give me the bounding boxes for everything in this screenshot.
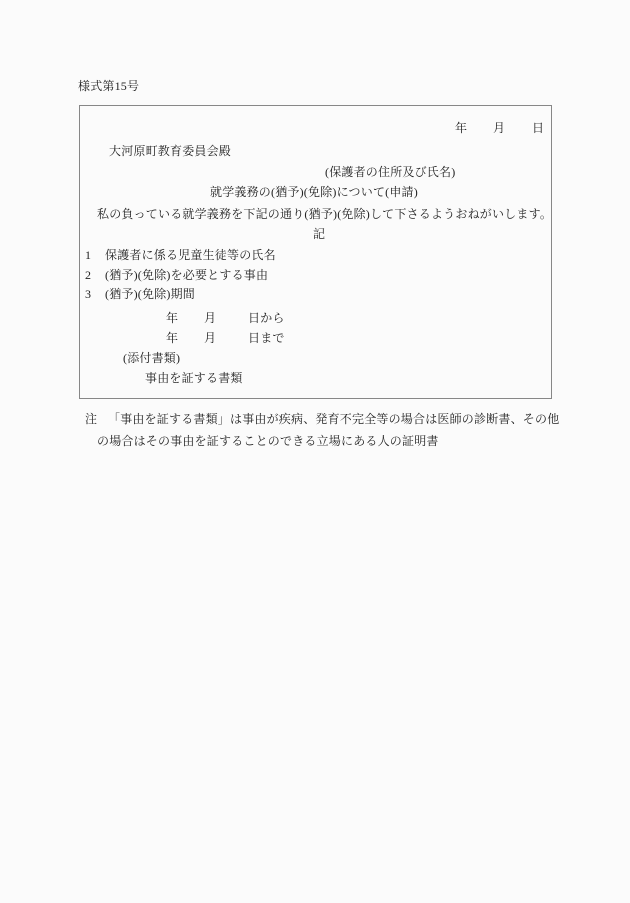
form-number: 様式第15号 xyxy=(78,79,139,94)
period-to-month-label: 月 xyxy=(204,331,216,346)
note-line-1: 「事由を証する書類」は事由が疾病、発育不完全等の場合は医師の診断書、その他 xyxy=(108,412,559,427)
attachments-heading: (添付書類) xyxy=(123,351,180,366)
application-form-box: 年 月 日 大河原町教育委員会殿 (保護者の住所及び氏名) 就学義務の(猶予)(… xyxy=(79,105,552,399)
form-title: 就学義務の(猶予)(免除)について(申請) xyxy=(210,185,418,200)
addressee: 大河原町教育委員会殿 xyxy=(109,144,231,159)
period-to-year-label: 年 xyxy=(166,331,178,346)
request-sentence: 私の負っている就学義務を下記の通り(猶予)(免除)して下さるようおねがいします。 xyxy=(97,207,552,222)
note-line-2: の場合はその事由を証することのできる立場にある人の証明書 xyxy=(97,434,439,449)
list-item-2-label: (猶予)(免除)を必要とする事由 xyxy=(105,268,268,283)
period-from-year-label: 年 xyxy=(166,311,178,326)
period-from-day-label: 日から xyxy=(248,311,285,326)
record-heading: 記 xyxy=(313,227,325,242)
list-item-3-label: (猶予)(免除)期間 xyxy=(105,287,195,302)
list-item-1-number: 1 xyxy=(85,248,91,263)
date-month-label: 月 xyxy=(493,121,505,136)
list-item-3-number: 3 xyxy=(85,287,91,302)
list-item-2-number: 2 xyxy=(85,268,91,283)
list-item-1-label: 保護者に係る児童生徒等の氏名 xyxy=(105,248,276,263)
period-from-month-label: 月 xyxy=(204,311,216,326)
note-label: 注 xyxy=(85,412,97,427)
attachments-document: 事由を証する書類 xyxy=(145,371,243,386)
date-day-label: 日 xyxy=(532,121,544,136)
date-year-label: 年 xyxy=(455,121,467,136)
document-page: 様式第15号 年 月 日 大河原町教育委員会殿 (保護者の住所及び氏名) 就学義… xyxy=(0,0,630,903)
guardian-address-name-label: (保護者の住所及び氏名) xyxy=(325,165,455,180)
period-to-day-label: 日まで xyxy=(248,331,285,346)
